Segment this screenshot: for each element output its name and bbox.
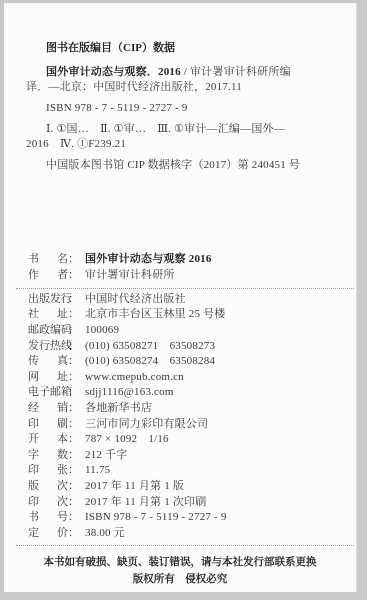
info-colon: ： [68, 432, 79, 448]
info-label: 书名 [28, 251, 68, 267]
info-colon: ： [68, 370, 79, 386]
info-row: 字数：212 千字 [28, 448, 356, 464]
info-label: 出版发行 [28, 292, 68, 308]
cip-isbn-line: ISBN 978 - 7 - 5119 - 2727 - 9 [46, 101, 338, 116]
info-colon: ： [68, 251, 79, 267]
info-label: 网址 [28, 370, 68, 386]
info-value: 2017 年 11 月第 1 次印刷 [85, 495, 206, 511]
info-value: 2017 年 11 月第 1 版 [85, 479, 184, 495]
info-colon: ： [68, 292, 79, 308]
info-row: 印刷：三河市同力彩印有限公司 [28, 417, 356, 433]
info-row: 定价：38.00 元 [28, 526, 356, 542]
info-label: 作者 [28, 267, 68, 283]
info-value: 三河市同力彩印有限公司 [85, 417, 208, 433]
damage-replace-notice: 本书如有破损、缺页、装订错误，请与本社发行部联系更换 [4, 554, 356, 571]
info-row: 印张：11.75 [28, 463, 356, 479]
info-row: 网址：www.cmepub.com.cn [28, 370, 356, 386]
info-value: 审计署审计科研所 [85, 267, 175, 283]
publication-info-table: 书名：国外审计动态与观察 2016作者：审计署审计科研所 出版发行：中国时代经济… [4, 251, 356, 588]
info-row: 版次：2017 年 11 月第 1 版 [28, 479, 356, 495]
info-value: 787 × 1092 1/16 [85, 432, 169, 448]
info-label: 经销 [28, 401, 68, 417]
info-colon: ： [68, 526, 79, 542]
info-colon: ： [68, 307, 79, 323]
info-label: 印次 [28, 495, 68, 511]
info-colon: ： [68, 339, 79, 355]
info-label: 印张 [28, 463, 68, 479]
info-colon: ： [68, 463, 79, 479]
info-colon: ： [68, 417, 79, 433]
info-colon: ： [68, 495, 79, 511]
info-colon: ： [68, 323, 79, 339]
info-value: 北京市丰台区玉林里 25 号楼 [85, 307, 226, 323]
cip-entry-rest: / 审计署审计科研所编 [181, 66, 291, 78]
info-colon: ： [68, 479, 79, 495]
info-value: 100069 [85, 323, 119, 339]
cip-class-line2: 2016 Ⅳ. ①F239.21 [26, 137, 338, 152]
info-row: 电子邮箱：sdjj1116@163.com [28, 385, 356, 401]
copyright-notice: 版权所有 侵权必究 [4, 571, 356, 588]
dotted-divider-top [16, 288, 354, 289]
info-label: 版次 [28, 479, 68, 495]
info-label: 发行热线 [28, 339, 68, 355]
info-row: 出版发行：中国时代经济出版社 [28, 292, 356, 308]
info-value: ISBN 978 - 7 - 5119 - 2727 - 9 [85, 510, 227, 526]
info-row: 书名：国外审计动态与观察 2016 [28, 251, 356, 267]
info-colon: ： [68, 401, 79, 417]
cip-entry-line1: 国外审计动态与观察．2016 / 审计署审计科研所编 [46, 65, 338, 80]
info-value: www.cmepub.com.cn [85, 370, 184, 386]
info-row: 邮政编码：100069 [28, 323, 356, 339]
info-colon: ： [68, 448, 79, 464]
info-row: 书号：ISBN 978 - 7 - 5119 - 2727 - 9 [28, 510, 356, 526]
publication-group: 出版发行：中国时代经济出版社社址：北京市丰台区玉林里 25 号楼邮政编码：100… [28, 292, 356, 542]
info-row: 经销：各地新华书店 [28, 401, 356, 417]
cip-record-line: 中国版本图书馆 CIP 数据核字（2017）第 240451 号 [46, 158, 338, 173]
copyright-page: 图书在版编目（CIP）数据 国外审计动态与观察．2016 / 审计署审计科研所编… [4, 3, 357, 592]
info-row: 发行热线：(010) 63508271 63508273 [28, 339, 356, 355]
title-author-group: 书名：国外审计动态与观察 2016作者：审计署审计科研所 [28, 251, 356, 284]
info-colon: ： [68, 267, 79, 283]
info-value: 国外审计动态与观察 2016 [85, 251, 212, 267]
info-colon: ： [68, 510, 79, 526]
info-value: (010) 63508274 63508284 [85, 354, 215, 370]
cip-class-line1: Ⅰ. ①国… Ⅱ. ①审… Ⅲ. ①审计—汇编—国外— [46, 122, 338, 137]
info-row: 传真：(010) 63508274 63508284 [28, 354, 356, 370]
notices-block: 本书如有破损、缺页、装订错误，请与本社发行部联系更换 版权所有 侵权必究 [4, 554, 356, 588]
info-value: 中国时代经济出版社 [85, 292, 186, 308]
info-value: 各地新华书店 [85, 401, 152, 417]
info-label: 传真 [28, 354, 68, 370]
info-label: 电子邮箱 [28, 385, 68, 401]
cip-entry-title: 国外审计动态与观察．2016 [46, 66, 181, 78]
info-label: 定价 [28, 526, 68, 542]
cip-block: 图书在版编目（CIP）数据 国外审计动态与观察．2016 / 审计署审计科研所编… [4, 3, 356, 173]
info-row: 作者：审计署审计科研所 [28, 267, 356, 283]
info-label: 邮政编码 [28, 323, 68, 339]
info-label: 字数 [28, 448, 68, 464]
info-label: 书号 [28, 510, 68, 526]
info-label: 开本 [28, 432, 68, 448]
info-value: 38.00 元 [85, 526, 125, 542]
cip-heading: 图书在版编目（CIP）数据 [46, 41, 338, 56]
info-value: 11.75 [85, 463, 110, 479]
info-label: 印刷 [28, 417, 68, 433]
info-row: 社址：北京市丰台区玉林里 25 号楼 [28, 307, 356, 323]
cip-entry-line2: 译．—北京：中国时代经济出版社，2017.11 [26, 80, 338, 95]
info-value: sdjj1116@163.com [85, 385, 174, 401]
info-value: (010) 63508271 63508273 [85, 339, 215, 355]
info-label: 社址 [28, 307, 68, 323]
dotted-divider-bottom [16, 545, 354, 546]
info-value: 212 千字 [85, 448, 127, 464]
info-row: 开本：787 × 1092 1/16 [28, 432, 356, 448]
info-colon: ： [68, 385, 79, 401]
info-row: 印次：2017 年 11 月第 1 次印刷 [28, 495, 356, 511]
info-colon: ： [68, 354, 79, 370]
